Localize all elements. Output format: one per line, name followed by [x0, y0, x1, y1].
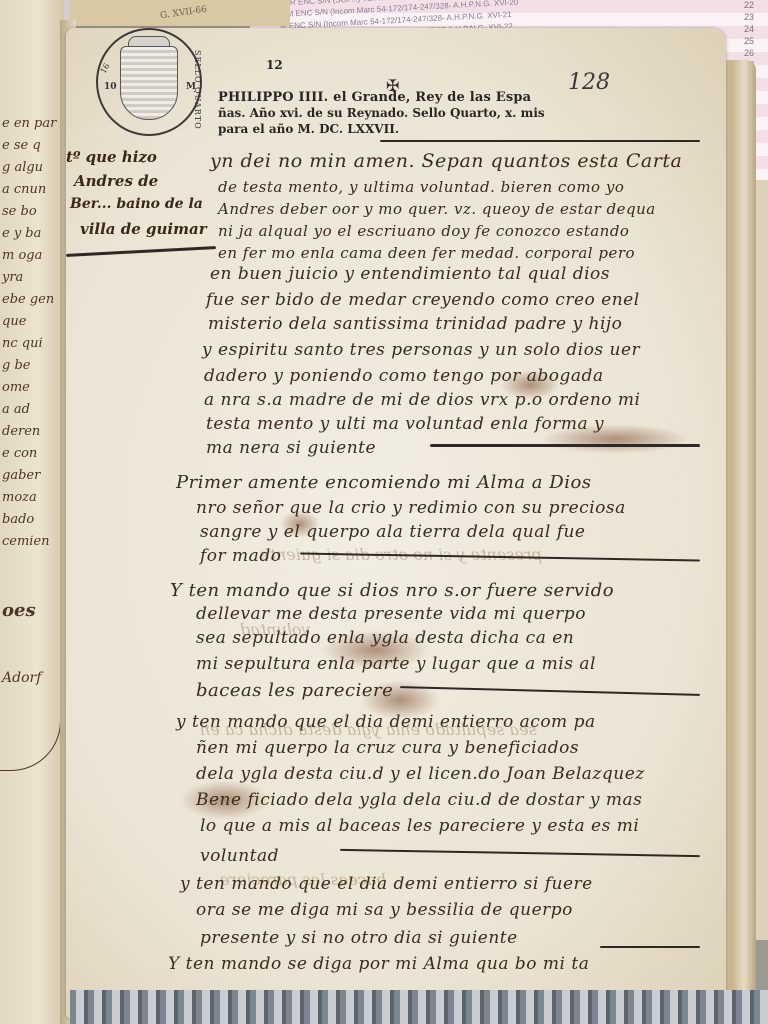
manuscript-line: ora se me diga mi sa y bessilia de querp… — [196, 900, 573, 920]
left-page-fragment: g algu — [2, 160, 43, 175]
left-page-fragment: m oga — [2, 248, 42, 263]
left-page-fragment: ebe gen — [2, 292, 54, 307]
left-page-fragment: cemien — [2, 534, 50, 549]
printed-header-line: PHILIPPO IIII. el Grande, Rey de las Esp… — [218, 90, 531, 105]
tablecloth — [70, 990, 768, 1024]
left-page-fragment: se bo — [2, 204, 37, 219]
left-page-fragment: moza — [2, 490, 37, 505]
manuscript-line: ma nera si guiente — [206, 438, 376, 458]
manuscript-line: Y ten mando se diga por mi Alma qua bo m… — [168, 954, 589, 974]
manuscript-line: ñen mi querpo la cruz cura y beneficiado… — [196, 738, 579, 758]
manuscript-line: Bene ficiado dela ygla dela ciu.d de dos… — [196, 790, 642, 810]
left-page-fragment: ome — [2, 380, 30, 395]
left-page-fragment: gaber — [2, 468, 40, 483]
left-page-fragment: a cnun — [2, 182, 46, 197]
printed-header-line: ñas. Año xvi. de su Reynado. Sello Quart… — [218, 106, 545, 120]
header-rule — [380, 140, 700, 142]
left-page-fragment: e y ba — [2, 226, 41, 241]
stamp-value-left: 10 — [104, 82, 117, 92]
stamp-ring-text-left: 16 — [99, 62, 112, 75]
manuscript-line: yn dei no min amen. Sepan quantos esta C… — [210, 150, 682, 172]
manuscript-line: lo que a mis al baceas les pareciere y e… — [200, 816, 639, 836]
manuscript-line: de testa mento, y ultima voluntad. biere… — [218, 178, 624, 196]
manuscript-line: y ten mando que el dia demi entierro si … — [180, 874, 593, 894]
manuscript-line: y ten mando que el dia demi entierro aco… — [176, 712, 596, 732]
left-page-signature: Adorf — [2, 670, 41, 686]
left-page-fragment: deren — [2, 424, 40, 439]
manuscript-line: for mado — [200, 546, 281, 566]
section-rule — [430, 444, 700, 447]
left-page-fragment: yra — [2, 270, 23, 285]
manuscript-line: Andres deber oor y mo quer. vz. queoy de… — [218, 200, 656, 218]
manuscript-line: Y ten mando que si dios nro s.or fuere s… — [170, 580, 614, 601]
manuscript-line: dadero y poniendo como tengo por abogada — [204, 366, 604, 386]
signature-flourish — [0, 690, 61, 771]
manuscript-line: mi sepultura enla parte y lugar que a mi… — [196, 654, 596, 674]
manuscript-line: testa mento y ulti ma voluntad enla form… — [206, 414, 604, 434]
index-number: 24 — [744, 24, 754, 34]
manuscript-line: en fer mo enla cama deen fer medad. corp… — [218, 244, 635, 262]
index-number: 23 — [744, 12, 754, 22]
left-page-fragment: que — [2, 314, 26, 329]
manuscript-line: Primer amente encomiendo mi Alma a Dios — [176, 472, 592, 493]
margin-note-line: Andres de — [74, 172, 158, 190]
manuscript-line: fue ser bido de medar creyendo como creo… — [206, 290, 640, 310]
manuscript-line: misterio dela santissima trinidad padre … — [208, 314, 622, 334]
stamp-ring-text: SELLO QUARTO — [193, 50, 202, 130]
index-number: 25 — [744, 36, 754, 46]
manuscript-line: presente y si no otro dia si guiente — [200, 928, 518, 948]
manuscript-line: dellevar me desta presente vida mi querp… — [196, 604, 586, 624]
left-page-fragment: g be — [2, 358, 30, 373]
manuscript-line: en buen juicio y entendimiento tal qual … — [210, 264, 610, 284]
manuscript-line: sangre y el querpo ala tierra dela qual … — [200, 522, 586, 542]
manuscript-line: voluntad — [200, 846, 279, 866]
left-page-fragment: e con — [2, 446, 37, 461]
page-number: 12 — [266, 58, 283, 72]
printed-header-line: para el año M. DC. LXXVII. — [218, 122, 399, 136]
manuscript-line: ni ja alqual yo el escriuano doy fe cono… — [218, 222, 629, 240]
section-rule — [600, 946, 700, 948]
index-number: 22 — [744, 0, 754, 10]
index-number: 26 — [744, 48, 754, 58]
left-page-fragment: a ad — [2, 402, 30, 417]
tan-card-label: G. XVII-66 — [160, 5, 208, 21]
tan-card: G. XVII-66 — [70, 0, 290, 26]
left-page-fragment: bado — [2, 512, 34, 527]
manuscript-line: a nra s.a madre de mi de dios vrx p.o or… — [204, 390, 640, 410]
margin-note-line: villa de guimar — [80, 220, 207, 238]
margin-note-line: tº que hizo — [66, 148, 157, 166]
folio-number: 128 — [568, 70, 610, 95]
manuscript-line: dela ygla desta ciu.d y el licen.do Joan… — [196, 764, 645, 784]
manuscript-line: y espiritu santo tres personas y un solo… — [202, 340, 640, 360]
margin-note-line: Ber... baino de la — [70, 196, 203, 212]
manuscript-line: sea sepultado enla ygla desta dicha ca e… — [196, 628, 574, 648]
left-page: e en par e se q g algu a cnun se bo e y … — [0, 0, 64, 1024]
sello-quarto-stamp: 10 M SELLO QUARTO 16 — [96, 28, 202, 136]
coat-of-arms-icon — [120, 46, 178, 120]
left-page-fragment: e se q — [2, 138, 41, 153]
left-page-fragment: nc qui — [2, 336, 43, 351]
manuscript-line: baceas les pareciere — [196, 680, 393, 701]
left-page-signature: oes — [2, 600, 36, 621]
manuscript-line: nro señor que la crio y redimio con su p… — [196, 498, 626, 518]
left-page-fragment: e en par — [2, 116, 56, 131]
